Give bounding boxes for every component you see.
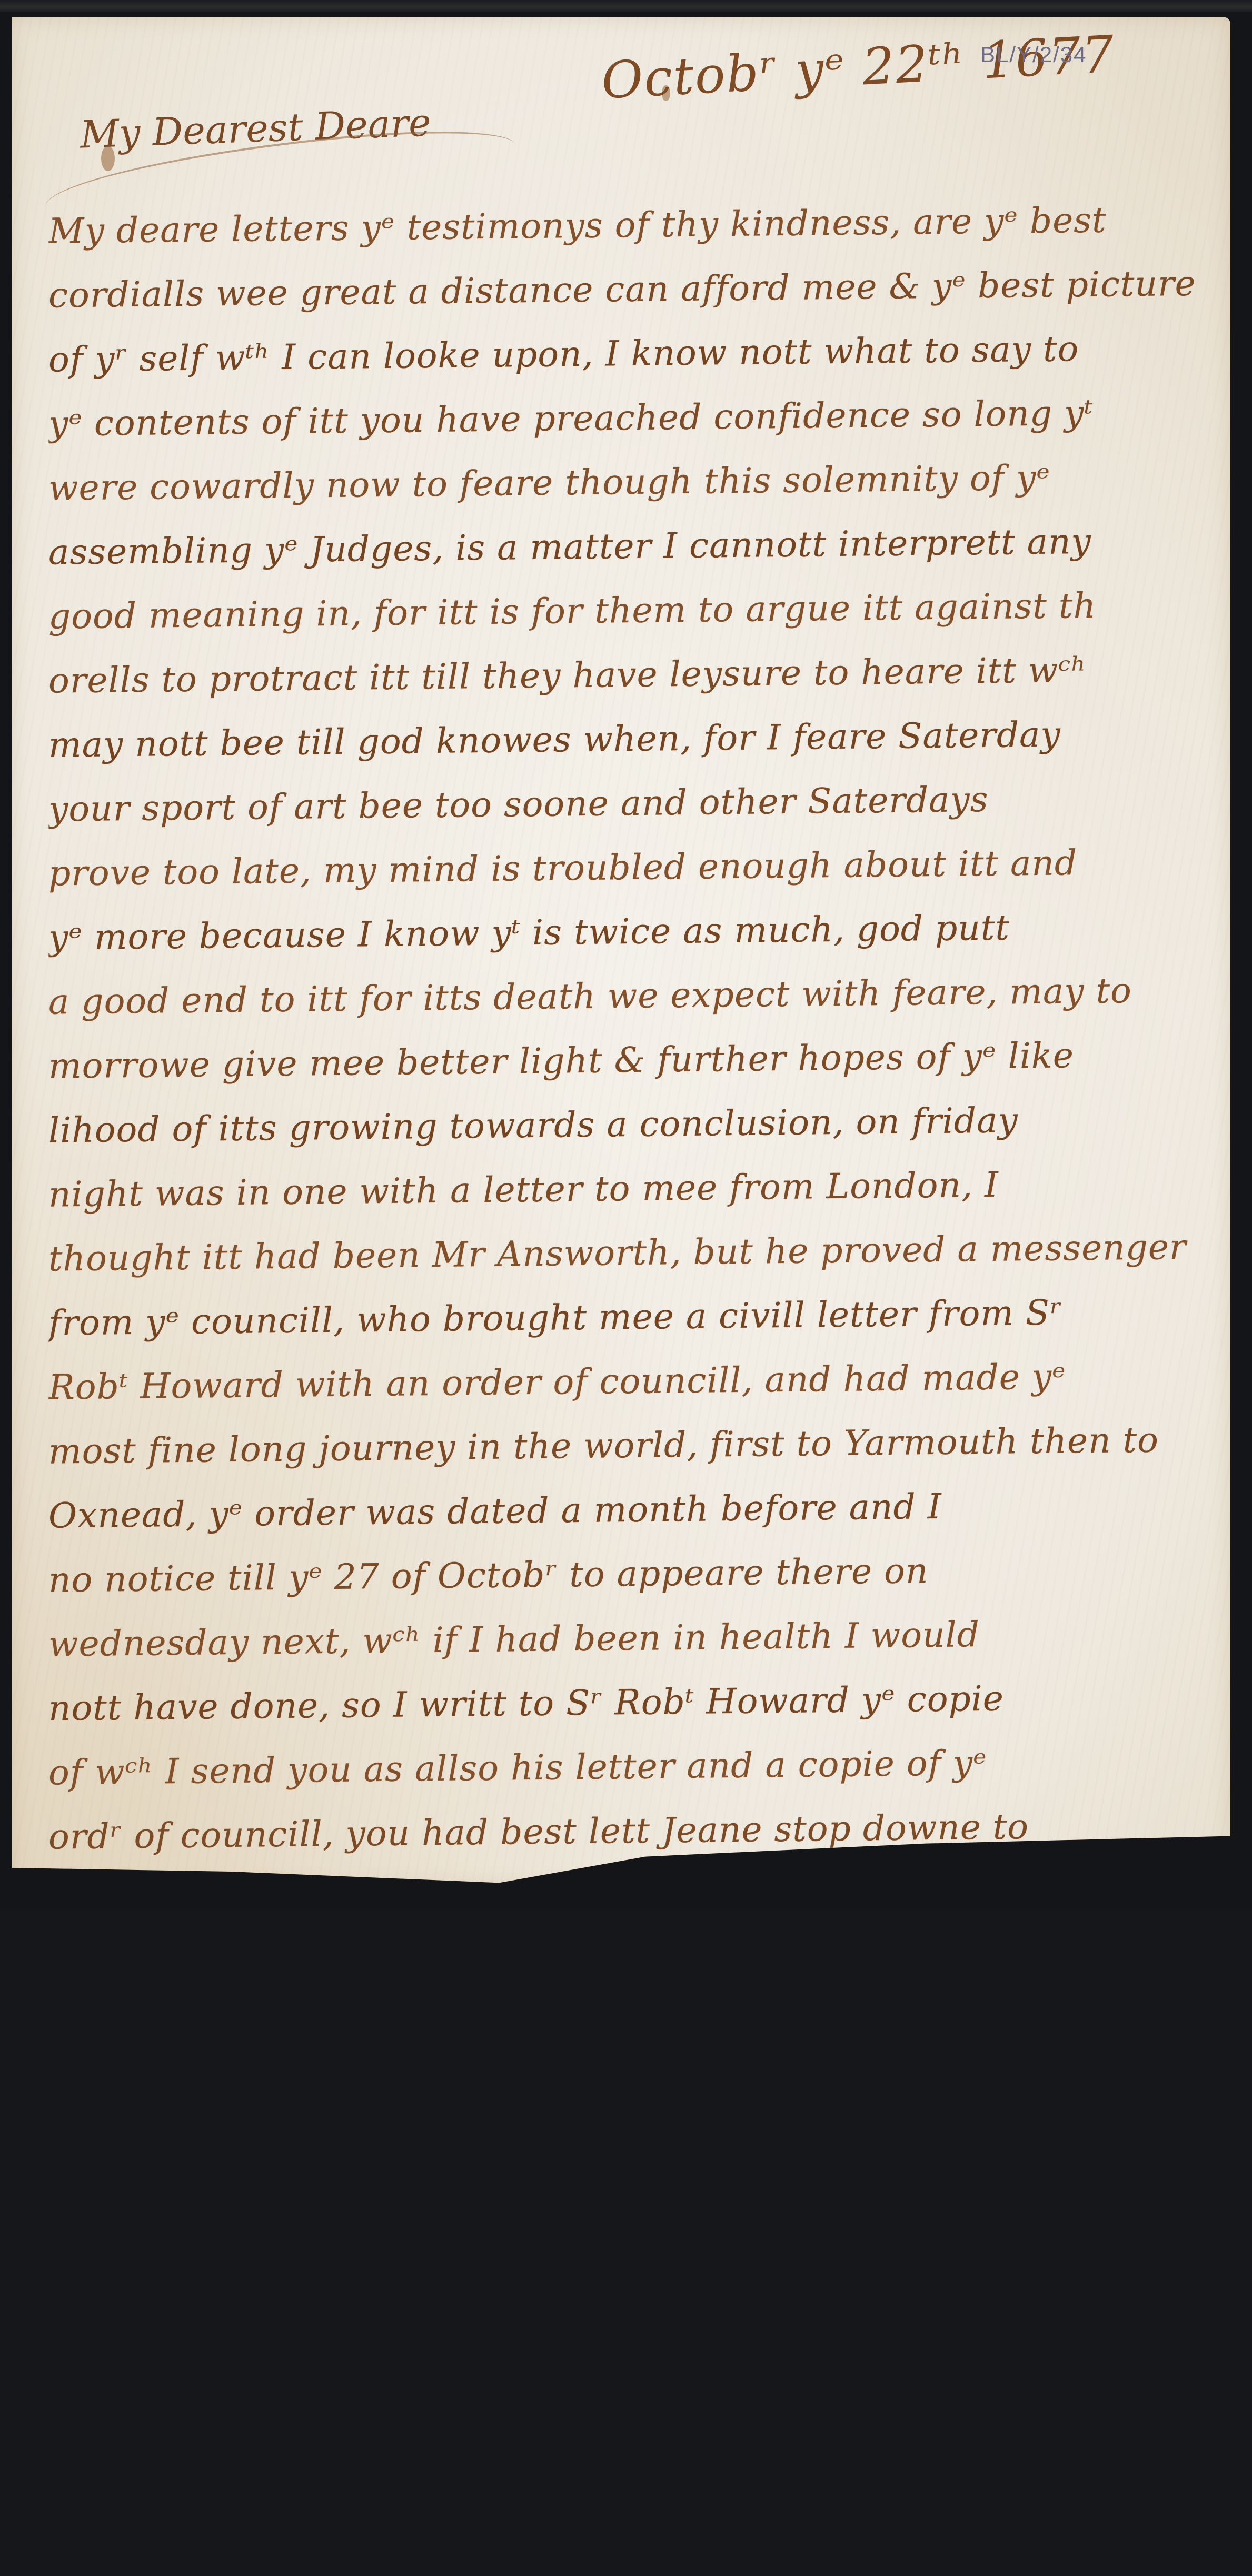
manuscript-page: Octobʳ yᵉ 22ᵗʰ 1677 BL/Y/2/34 My Dearest…	[12, 17, 1230, 1888]
text-line: nott have done, so I writt to Sʳ Robᵗ Ho…	[48, 1664, 1217, 1740]
text-line: a good end to itt for itts death we expe…	[48, 958, 1217, 1034]
text-line: yᵉ more because I know yᵗ is twice as mu…	[48, 893, 1217, 970]
text-line: cordialls wee great a distance can affor…	[48, 251, 1217, 327]
text-line: thought itt had been Mr Answorth, but he…	[48, 1215, 1217, 1291]
text-line: were cowardly now to feare though this s…	[48, 444, 1217, 520]
text-line: Robᵗ Howard with an order of councill, a…	[48, 1343, 1217, 1419]
text-line: no notice till yᵉ 27 of Octobʳ to appear…	[48, 1536, 1217, 1612]
text-line: wednesday next, wᶜʰ if I had been in hea…	[48, 1600, 1217, 1676]
foliation-mark: 105	[220, 1878, 243, 1905]
text-line: morrowe give mee better light & further …	[48, 1022, 1217, 1098]
archive-reference: BL/Y/2/34	[980, 42, 1087, 67]
letter-body: My deare letters yᵉ testimonys of thy ki…	[48, 193, 1217, 1910]
text-line: good meaning in, for itt is for them to …	[48, 572, 1217, 649]
text-line: My deare letters yᵉ testimonys of thy ki…	[48, 187, 1217, 263]
text-line: yᵉ contents of itt you have preached con…	[48, 380, 1217, 456]
text-line: from yᵉ councill, who brought mee a civi…	[48, 1279, 1217, 1355]
text-line: ordʳ of councill, you had best lett Jean…	[48, 1793, 1217, 1869]
text-line: your sport of art bee too soone and othe…	[48, 765, 1217, 841]
text-line: of yʳ self wᵗʰ I can looke upon, I know …	[48, 315, 1217, 392]
text-line: lihood of itts growing towards a conclus…	[48, 1086, 1217, 1162]
scan-background: Octobʳ yᵉ 22ᵗʰ 1677 BL/Y/2/34 My Dearest…	[0, 0, 1252, 1910]
text-line: most fine long journey in the world, fir…	[48, 1407, 1217, 1484]
frame-top-edge	[0, 0, 1252, 12]
text-line: of wᶜʰ I send you as allso his letter an…	[48, 1728, 1217, 1805]
text-line: prove too late, my mind is troubled enou…	[48, 829, 1217, 906]
text-line: orells to protract itt till they have le…	[48, 636, 1217, 713]
text-line: may nott bee till god knowes when, for I…	[48, 701, 1217, 777]
text-line: assembling yᵉ Judges, is a matter I cann…	[48, 508, 1217, 584]
text-line: Oxnead, yᵉ order was dated a month befor…	[48, 1471, 1217, 1548]
text-line: night was in one with a letter to mee fr…	[48, 1150, 1217, 1227]
